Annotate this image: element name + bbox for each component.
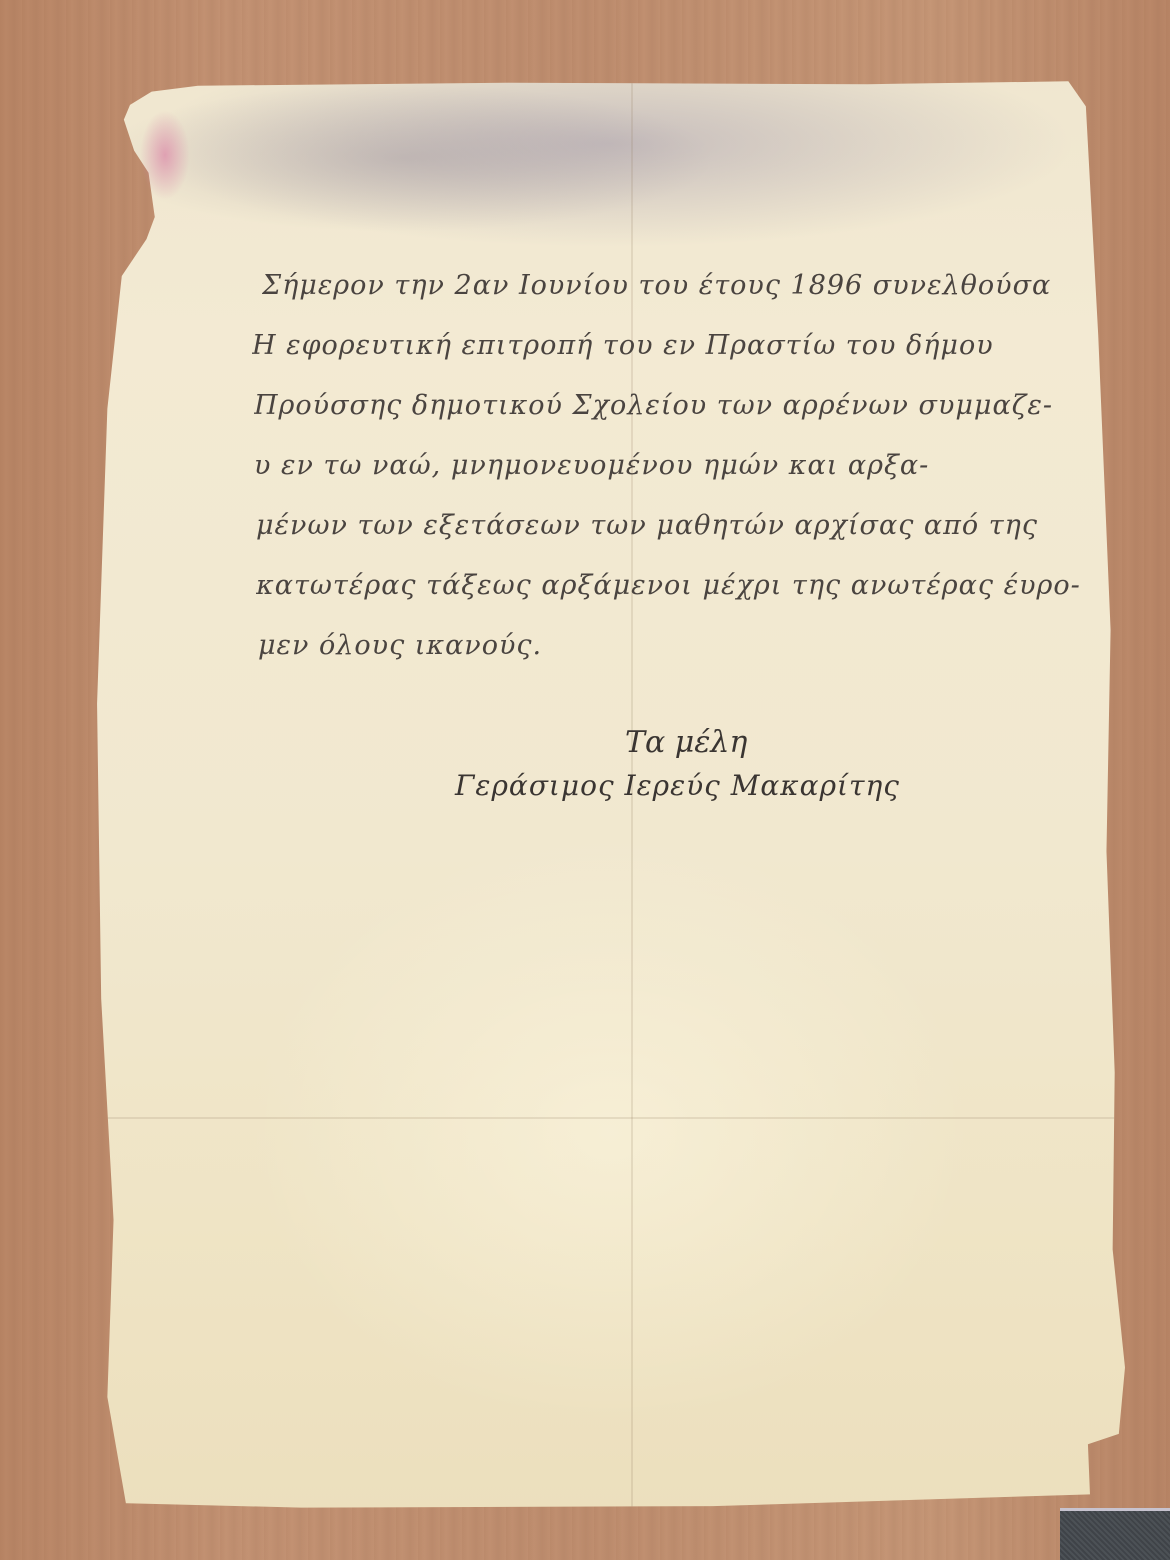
signature-block: Τα μέλη Γεράσιμος Ιερεύς Μακαρίτης xyxy=(455,725,975,829)
body-line: μένων των εξετάσεων των μαθητών αρχίσας … xyxy=(256,502,1122,562)
body-line: Προύσσης δημοτικού Σχολείου των αρρένων … xyxy=(254,382,1122,442)
handwritten-body: Σήμερον την 2αν Ιουνίου του έτους 1896 σ… xyxy=(262,262,1122,682)
signatures: Γεράσιμος Ιερεύς Μακαρίτης xyxy=(455,769,975,829)
body-line: κατωτέρας τάξεως αρξάμενοι μέχρι της ανω… xyxy=(256,562,1122,622)
body-line: υ εν τω ναώ, μνημονευομένου ημών και αρξ… xyxy=(254,442,1122,502)
floor-background xyxy=(1060,1508,1170,1560)
body-line: Σήμερον την 2αν Ιουνίου του έτους 1896 σ… xyxy=(262,262,1122,322)
body-line: μεν όλους ικανούς. xyxy=(258,622,1122,682)
paper-stain xyxy=(140,110,190,200)
paper-crease xyxy=(95,1117,1125,1119)
signature-heading: Τα μέλη xyxy=(625,725,975,769)
body-line: Η εφορευτική επιτροπή του εν Πραστίω του… xyxy=(252,322,1122,382)
